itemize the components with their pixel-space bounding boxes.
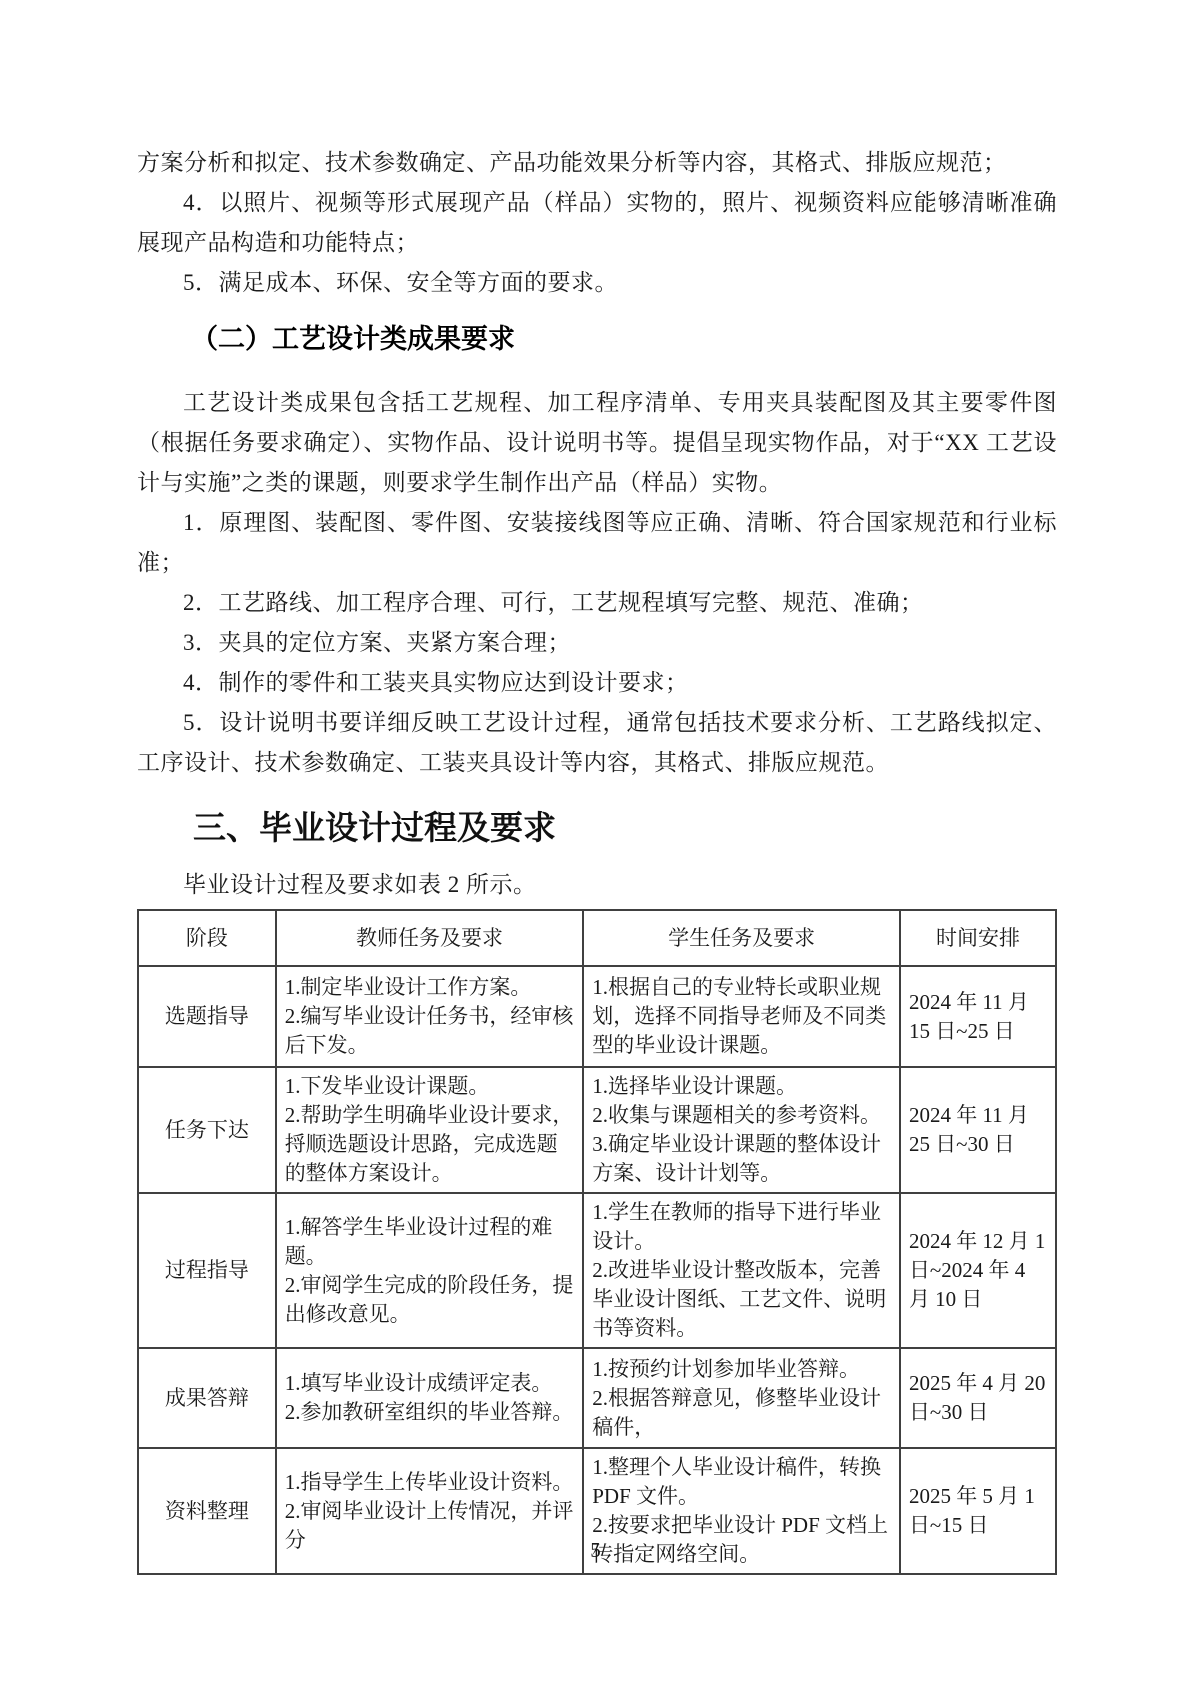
- student-tasks-cell: 1.按预约计划参加毕业答辩。2.根据答辩意见，修整毕业设计稿件，: [583, 1348, 900, 1448]
- task-item: 2.参加教研室组织的毕业答辩。: [285, 1398, 575, 1427]
- student-tasks-cell: 1.根据自己的专业特长或职业规划，选择不同指导老师及不同类型的毕业设计课题。: [583, 966, 900, 1067]
- time-cell: 2025 年 4 月 20 日~30 日: [900, 1348, 1056, 1448]
- task-item: 3.确定毕业设计课题的整体设计方案、设计计划等。: [592, 1130, 891, 1188]
- chapter-heading-graduation-process: 三、毕业设计过程及要求: [137, 805, 1057, 851]
- stage-cell: 过程指导: [138, 1193, 276, 1348]
- table-header-row: 阶段 教师任务及要求 学生任务及要求 时间安排: [138, 910, 1056, 966]
- paragraph-table-intro: 毕业设计过程及要求如表 2 所示。: [137, 865, 1057, 905]
- paragraph-req-1: 1．原理图、装配图、零件图、安装接线图等应正确、清晰、符合国家规范和行业标准；: [137, 503, 1057, 583]
- task-item: 1.制定毕业设计工作方案。: [285, 973, 575, 1002]
- header-cell-time: 时间安排: [900, 910, 1056, 966]
- task-item: 1.整理个人毕业设计稿件，转换 PDF 文件。: [592, 1453, 891, 1511]
- task-item: 2.帮助学生明确毕业设计要求，捋顺选题设计思路，完成选题的整体方案设计。: [285, 1101, 575, 1188]
- paragraph-req-2: 2．工艺路线、加工程序合理、可行，工艺规程填写完整、规范、准确；: [137, 583, 1057, 623]
- task-item: 1.按预约计划参加毕业答辩。: [592, 1355, 891, 1384]
- time-cell: 2024 年 12 月 1 日~2024 年 4 月 10 日: [900, 1193, 1056, 1348]
- stage-cell: 成果答辩: [138, 1348, 276, 1448]
- table-row: 选题指导 1.制定毕业设计工作方案。2.编写毕业设计任务书，经审核后下发。 1.…: [138, 966, 1056, 1067]
- header-cell-student-tasks: 学生任务及要求: [583, 910, 900, 966]
- task-item: 1.根据自己的专业特长或职业规划，选择不同指导老师及不同类型的毕业设计课题。: [592, 973, 891, 1060]
- document-page: 方案分析和拟定、技术参数确定、产品功能效果分析等内容，其格式、排版应规范； 4．…: [0, 0, 1191, 1684]
- task-item: 2.编写毕业设计任务书，经审核后下发。: [285, 1002, 575, 1060]
- task-item: 1.填写毕业设计成绩评定表。: [285, 1369, 575, 1398]
- paragraph-req-3: 3．夹具的定位方案、夹紧方案合理；: [137, 623, 1057, 663]
- section-heading-process-design-results: （二）工艺设计类成果要求: [137, 319, 1057, 359]
- page-number: 5: [0, 1538, 1191, 1563]
- page-content: 方案分析和拟定、技术参数确定、产品功能效果分析等内容，其格式、排版应规范； 4．…: [137, 143, 1057, 1575]
- teacher-tasks-cell: 1.解答学生毕业设计过程的难题。2.审阅学生完成的阶段任务，提出修改意见。: [276, 1193, 584, 1348]
- task-item: 1.学生在教师的指导下进行毕业设计。: [592, 1198, 891, 1256]
- time-cell: 2024 年 11 月 25 日~30 日: [900, 1067, 1056, 1193]
- teacher-tasks-cell: 1.制定毕业设计工作方案。2.编写毕业设计任务书，经审核后下发。: [276, 966, 584, 1067]
- stage-cell: 选题指导: [138, 966, 276, 1067]
- task-item: 1.选择毕业设计课题。: [592, 1072, 891, 1101]
- task-item: 2.收集与课题相关的参考资料。: [592, 1101, 891, 1130]
- time-cell: 2024 年 11 月 15 日~25 日: [900, 966, 1056, 1067]
- task-item: 2.根据答辩意见，修整毕业设计稿件，: [592, 1384, 891, 1442]
- student-tasks-cell: 1.选择毕业设计课题。2.收集与课题相关的参考资料。3.确定毕业设计课题的整体设…: [583, 1067, 900, 1193]
- teacher-tasks-cell: 1.下发毕业设计课题。2.帮助学生明确毕业设计要求，捋顺选题设计思路，完成选题的…: [276, 1067, 584, 1193]
- table-row: 成果答辩 1.填写毕业设计成绩评定表。2.参加教研室组织的毕业答辩。 1.按预约…: [138, 1348, 1056, 1448]
- process-table: 阶段 教师任务及要求 学生任务及要求 时间安排 选题指导 1.制定毕业设计工作方…: [137, 909, 1057, 1575]
- teacher-tasks-cell: 1.填写毕业设计成绩评定表。2.参加教研室组织的毕业答辩。: [276, 1348, 584, 1448]
- task-item: 1.指导学生上传毕业设计资料。: [285, 1468, 575, 1497]
- paragraph-req-5: 5．设计说明书要详细反映工艺设计过程，通常包括技术要求分析、工艺路线拟定、工序设…: [137, 703, 1057, 783]
- student-tasks-cell: 1.学生在教师的指导下进行毕业设计。2.改进毕业设计整改版本，完善毕业设计图纸、…: [583, 1193, 900, 1348]
- task-item: 2.审阅学生完成的阶段任务，提出修改意见。: [285, 1271, 575, 1329]
- header-cell-teacher-tasks: 教师任务及要求: [276, 910, 584, 966]
- task-item: 2.改进毕业设计整改版本，完善毕业设计图纸、工艺文件、说明书等资料。: [592, 1256, 891, 1343]
- paragraph-item-4: 4．以照片、视频等形式展现产品（样品）实物的，照片、视频资料应能够清晰准确展现产…: [137, 183, 1057, 263]
- header-cell-stage: 阶段: [138, 910, 276, 966]
- paragraph-item-5: 5．满足成本、环保、安全等方面的要求。: [137, 263, 1057, 303]
- task-item: 1.下发毕业设计课题。: [285, 1072, 575, 1101]
- paragraph-req-4: 4．制作的零件和工装夹具实物应达到设计要求；: [137, 663, 1057, 703]
- paragraph-continuation: 方案分析和拟定、技术参数确定、产品功能效果分析等内容，其格式、排版应规范；: [137, 143, 1057, 183]
- stage-cell: 任务下达: [138, 1067, 276, 1193]
- table-row: 过程指导 1.解答学生毕业设计过程的难题。2.审阅学生完成的阶段任务，提出修改意…: [138, 1193, 1056, 1348]
- table-row: 任务下达 1.下发毕业设计课题。2.帮助学生明确毕业设计要求，捋顺选题设计思路，…: [138, 1067, 1056, 1193]
- paragraph-process-intro: 工艺设计类成果包含括工艺规程、加工程序清单、专用夹具装配图及其主要零件图（根据任…: [137, 383, 1057, 503]
- task-item: 1.解答学生毕业设计过程的难题。: [285, 1213, 575, 1271]
